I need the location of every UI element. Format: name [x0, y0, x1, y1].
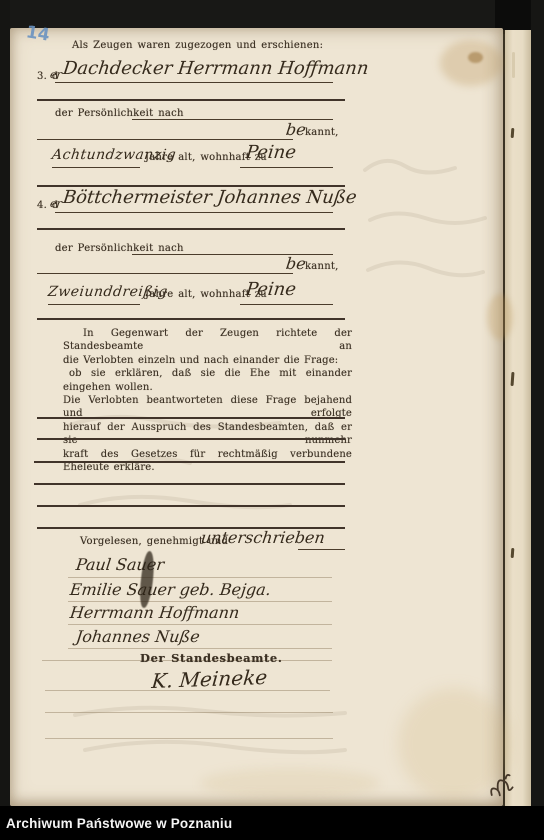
- dark-backdrop-right: [531, 0, 544, 840]
- witness4-known-printed: kannt,: [305, 261, 339, 272]
- witness4-residence-handwritten: Peine: [245, 279, 298, 300]
- signature-line: [68, 601, 332, 602]
- form-writing-line: [37, 139, 293, 140]
- witness-intro-label: Als Zeugen waren zugezogen und erschiene…: [72, 40, 323, 51]
- signature-line: [45, 690, 330, 691]
- bleedthrough-writing: [70, 700, 370, 770]
- binding-thread: [512, 52, 515, 78]
- paper-stain: [200, 768, 380, 798]
- form-writing-line: [55, 82, 333, 83]
- witness3-residence-handwritten: Peine: [245, 142, 298, 163]
- form-writing-line: [37, 273, 293, 274]
- bleedthrough-writing: [360, 140, 500, 340]
- form-writing-line: [240, 304, 333, 305]
- form-ruled-line: [37, 417, 345, 419]
- declaration-line: ob sie erklären, daß sie die Ehe mit ein…: [63, 367, 352, 394]
- signature-line: [68, 648, 332, 649]
- witness4-identity-label: der Persönlichkeit nach: [55, 243, 184, 254]
- form-ruled-line: [37, 99, 345, 101]
- marriage-declaration-paragraph: In Gegenwart der Zeugen richtete der Sta…: [63, 327, 352, 474]
- closing-handwritten: unterschrieben: [200, 528, 326, 547]
- form-writing-line: [52, 167, 140, 168]
- signature-bride: Emilie Sauer geb. Bejga.: [69, 580, 272, 599]
- form-ruled-line: [37, 228, 345, 230]
- registrar-label: Der Standesbeamte.: [140, 651, 282, 665]
- form-ruled-line: [37, 438, 345, 440]
- declaration-line: hierauf der Ausspruch des Standesbeamten…: [63, 421, 352, 448]
- signature-line: [68, 577, 332, 578]
- witness3-known-printed: kannt,: [305, 127, 339, 138]
- witness3-known-handwritten: be: [285, 120, 307, 139]
- witness3-identity-label: der Persönlichkeit nach: [55, 108, 184, 119]
- signature-line: [68, 624, 332, 625]
- signature-witness3: Herrmann Hoffmann: [69, 603, 241, 622]
- form-writing-line: [240, 167, 333, 168]
- signature-witness4: Johannes Nuße: [75, 627, 201, 646]
- ink-scribble: [484, 770, 516, 800]
- signature-line: [45, 712, 333, 713]
- dark-backdrop-top: [0, 0, 544, 28]
- form-writing-line: [48, 304, 140, 305]
- form-writing-line: [55, 212, 333, 213]
- signature-line: [45, 738, 333, 739]
- form-ruled-line: [37, 505, 345, 507]
- archive-name-label: Archiwum Państwowe w Poznaniu: [6, 816, 232, 831]
- archive-watermark-bar: Archiwum Państwowe w Poznaniu: [0, 806, 544, 840]
- paper-stain: [468, 52, 483, 63]
- paper-stain: [440, 40, 502, 86]
- registrar-signature: K. Meineke: [151, 665, 269, 693]
- page-gap-shadow: [503, 30, 505, 808]
- form-ruled-line: [34, 461, 345, 463]
- witness3-prefix-handwritten: er: [49, 68, 62, 81]
- declaration-line: die Verlobten einzeln und nach einander …: [63, 354, 352, 367]
- witness4-prefix-handwritten: er: [49, 197, 62, 210]
- form-writing-line: [298, 549, 345, 550]
- witness3-name-handwritten: Dachdecker Herrmann Hoffmann: [62, 58, 370, 79]
- witness4-name-handwritten: Böttchermeister Johannes Nuße: [62, 187, 358, 208]
- page-number-annotation: 14: [25, 22, 52, 45]
- next-page-edge: [505, 30, 531, 808]
- form-ruled-line: [37, 318, 345, 320]
- witness4-known-handwritten: be: [285, 254, 307, 273]
- declaration-line: In Gegenwart der Zeugen richtete der Sta…: [63, 327, 352, 354]
- form-ruled-line: [34, 483, 345, 485]
- dark-backdrop-left: [0, 0, 10, 840]
